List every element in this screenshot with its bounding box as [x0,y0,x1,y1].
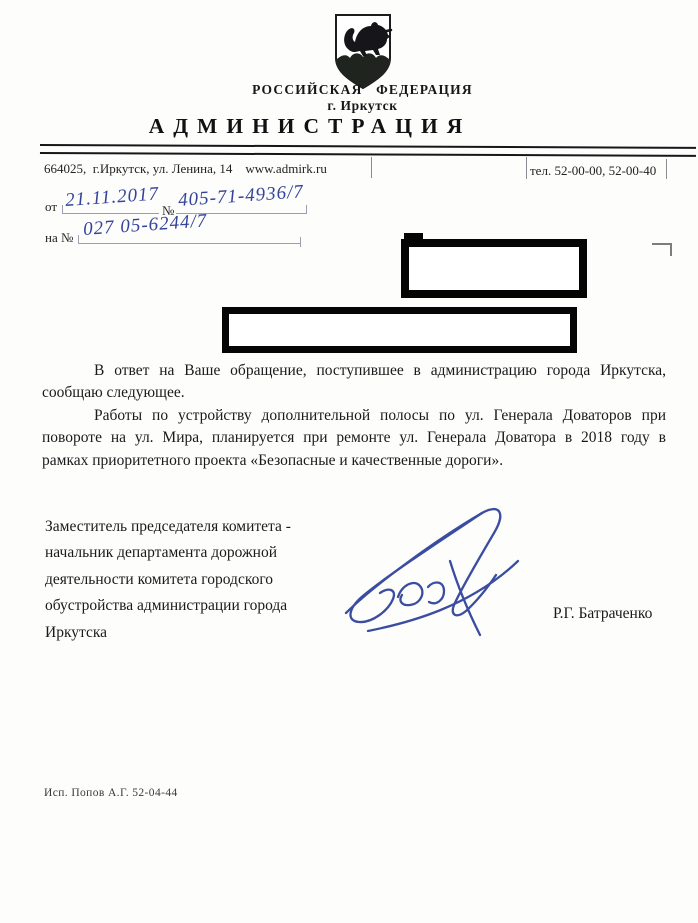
phone-right-separator [666,159,667,179]
scanned-letter-page: { "letterhead": { "coat_of_arms_icon": "… [0,0,698,923]
body-line: повороте на ул. Мира, планируется при ре… [42,427,666,450]
position-line: Иркутска [45,620,365,647]
administration-title: АДМИНИСТРАЦИЯ [55,114,565,139]
body-line: рамках приоритетного проекта «Безопасные… [42,450,666,473]
underline-tick [78,235,79,244]
country-line: РОССИЙСКАЯ ФЕДЕРАЦИЯ [170,82,555,98]
redaction-box-addressee [401,239,587,298]
from-label: от [45,199,57,215]
irkutsk-coat-of-arms-icon [333,13,393,91]
body-line: сообщаю следующее. [42,382,666,405]
address-line: 664025, г.Иркутск, ул. Ленина, 14 www.ad… [44,161,327,177]
letterhead-rule [40,144,696,157]
underline-tick [300,237,301,247]
city-line: г. Иркутск [170,98,555,114]
handwritten-outgoing-number: 405-71-4936/7 [177,181,304,212]
handwritten-signature [330,503,540,643]
body-line: В ответ на Ваше обращение, поступившее в… [42,360,666,383]
position-line: обустройства администрации города [45,593,365,620]
underline-tick [306,205,307,214]
handwritten-date: 21.11.2017 [64,183,159,212]
position-line: начальник департамента дорожной [45,540,365,567]
address-separator [371,157,372,178]
position-line: деятельности комитета городского [45,567,365,594]
executor-line: Исп. Попов А.Г. 52-04-44 [44,787,178,799]
underline-tick [62,205,63,214]
handwritten-incoming-number: 027 05-6244/7 [82,210,208,241]
phone-left-separator [526,157,527,179]
signer-name: Р.Г. Батраченко [553,605,652,623]
body-line: Работы по устройству дополнительной поло… [42,405,666,428]
reply-label: на № [45,230,73,246]
position-line: Заместитель председателя комитета - [45,514,365,541]
corner-crop-mark [652,243,672,256]
redaction-box-subject [222,307,577,353]
phone-line: тел. 52-00-00, 52-00-40 [530,163,656,179]
incoming-number-underline [78,243,300,244]
